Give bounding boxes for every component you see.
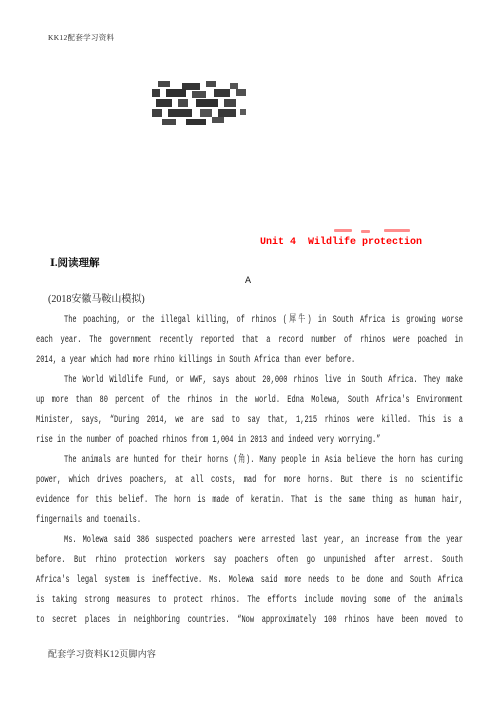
text-line: The poaching, or the illegal killing, of… bbox=[36, 311, 463, 331]
red-print-artifact bbox=[384, 229, 410, 232]
paragraph: The poaching, or the illegal killing, of… bbox=[36, 311, 463, 371]
text-line: up more than 80 percent of the rhinos in… bbox=[36, 391, 463, 411]
text-line: before. But rhino protection workers say… bbox=[36, 551, 463, 571]
document-page: KK12配套学习资料 Unit 4 Wild bbox=[0, 0, 496, 702]
header-watermark: KK12配套学习资料 bbox=[48, 33, 114, 42]
passage-source: (2018安徽马鞍山模拟) bbox=[48, 293, 145, 306]
red-print-artifact bbox=[334, 229, 352, 232]
text-line: Ms. Molewa said 386 suspected poachers w… bbox=[36, 531, 463, 551]
footer-watermark: 配套学习资料K12页脚内容 bbox=[48, 649, 156, 660]
pixelated-logo-stamp bbox=[152, 81, 248, 125]
text-line: 2014, a year which had more rhino killin… bbox=[36, 351, 463, 371]
paragraph: The animals are hunted for their horns (… bbox=[36, 451, 463, 531]
red-print-artifact bbox=[361, 230, 370, 233]
text-line: is taking strong measures to protect rhi… bbox=[36, 591, 463, 611]
text-line: The World Wildlife Fund, or WWF, says ab… bbox=[36, 371, 463, 391]
text-line: power, which drives poachers, at all cos… bbox=[36, 471, 463, 491]
text-line: fingernails and toenails. bbox=[36, 511, 463, 531]
text-line: to secret places in neighboring countrie… bbox=[36, 611, 463, 631]
text-line: evidence for this belief. The horn is ma… bbox=[36, 491, 463, 511]
unit-title: Unit 4 Wildlife protection bbox=[260, 236, 422, 250]
section-heading-reading-comprehension: Ⅰ.阅读理解 bbox=[50, 257, 100, 270]
passage-body: The poaching, or the illegal killing, of… bbox=[36, 311, 463, 631]
text-line: The animals are hunted for their horns (… bbox=[36, 451, 463, 471]
text-line: Minister, says, “During 2014, we are sad… bbox=[36, 411, 463, 431]
paragraph: Ms. Molewa said 386 suspected poachers w… bbox=[36, 531, 463, 631]
passage-label-a: A bbox=[0, 275, 496, 288]
text-line: Africa's legal system is ineffective. Ms… bbox=[36, 571, 463, 591]
text-line: rise in the number of poached rhinos fro… bbox=[36, 431, 463, 451]
paragraph: The World Wildlife Fund, or WWF, says ab… bbox=[36, 371, 463, 451]
text-line: each year. The government recently repor… bbox=[36, 331, 463, 351]
